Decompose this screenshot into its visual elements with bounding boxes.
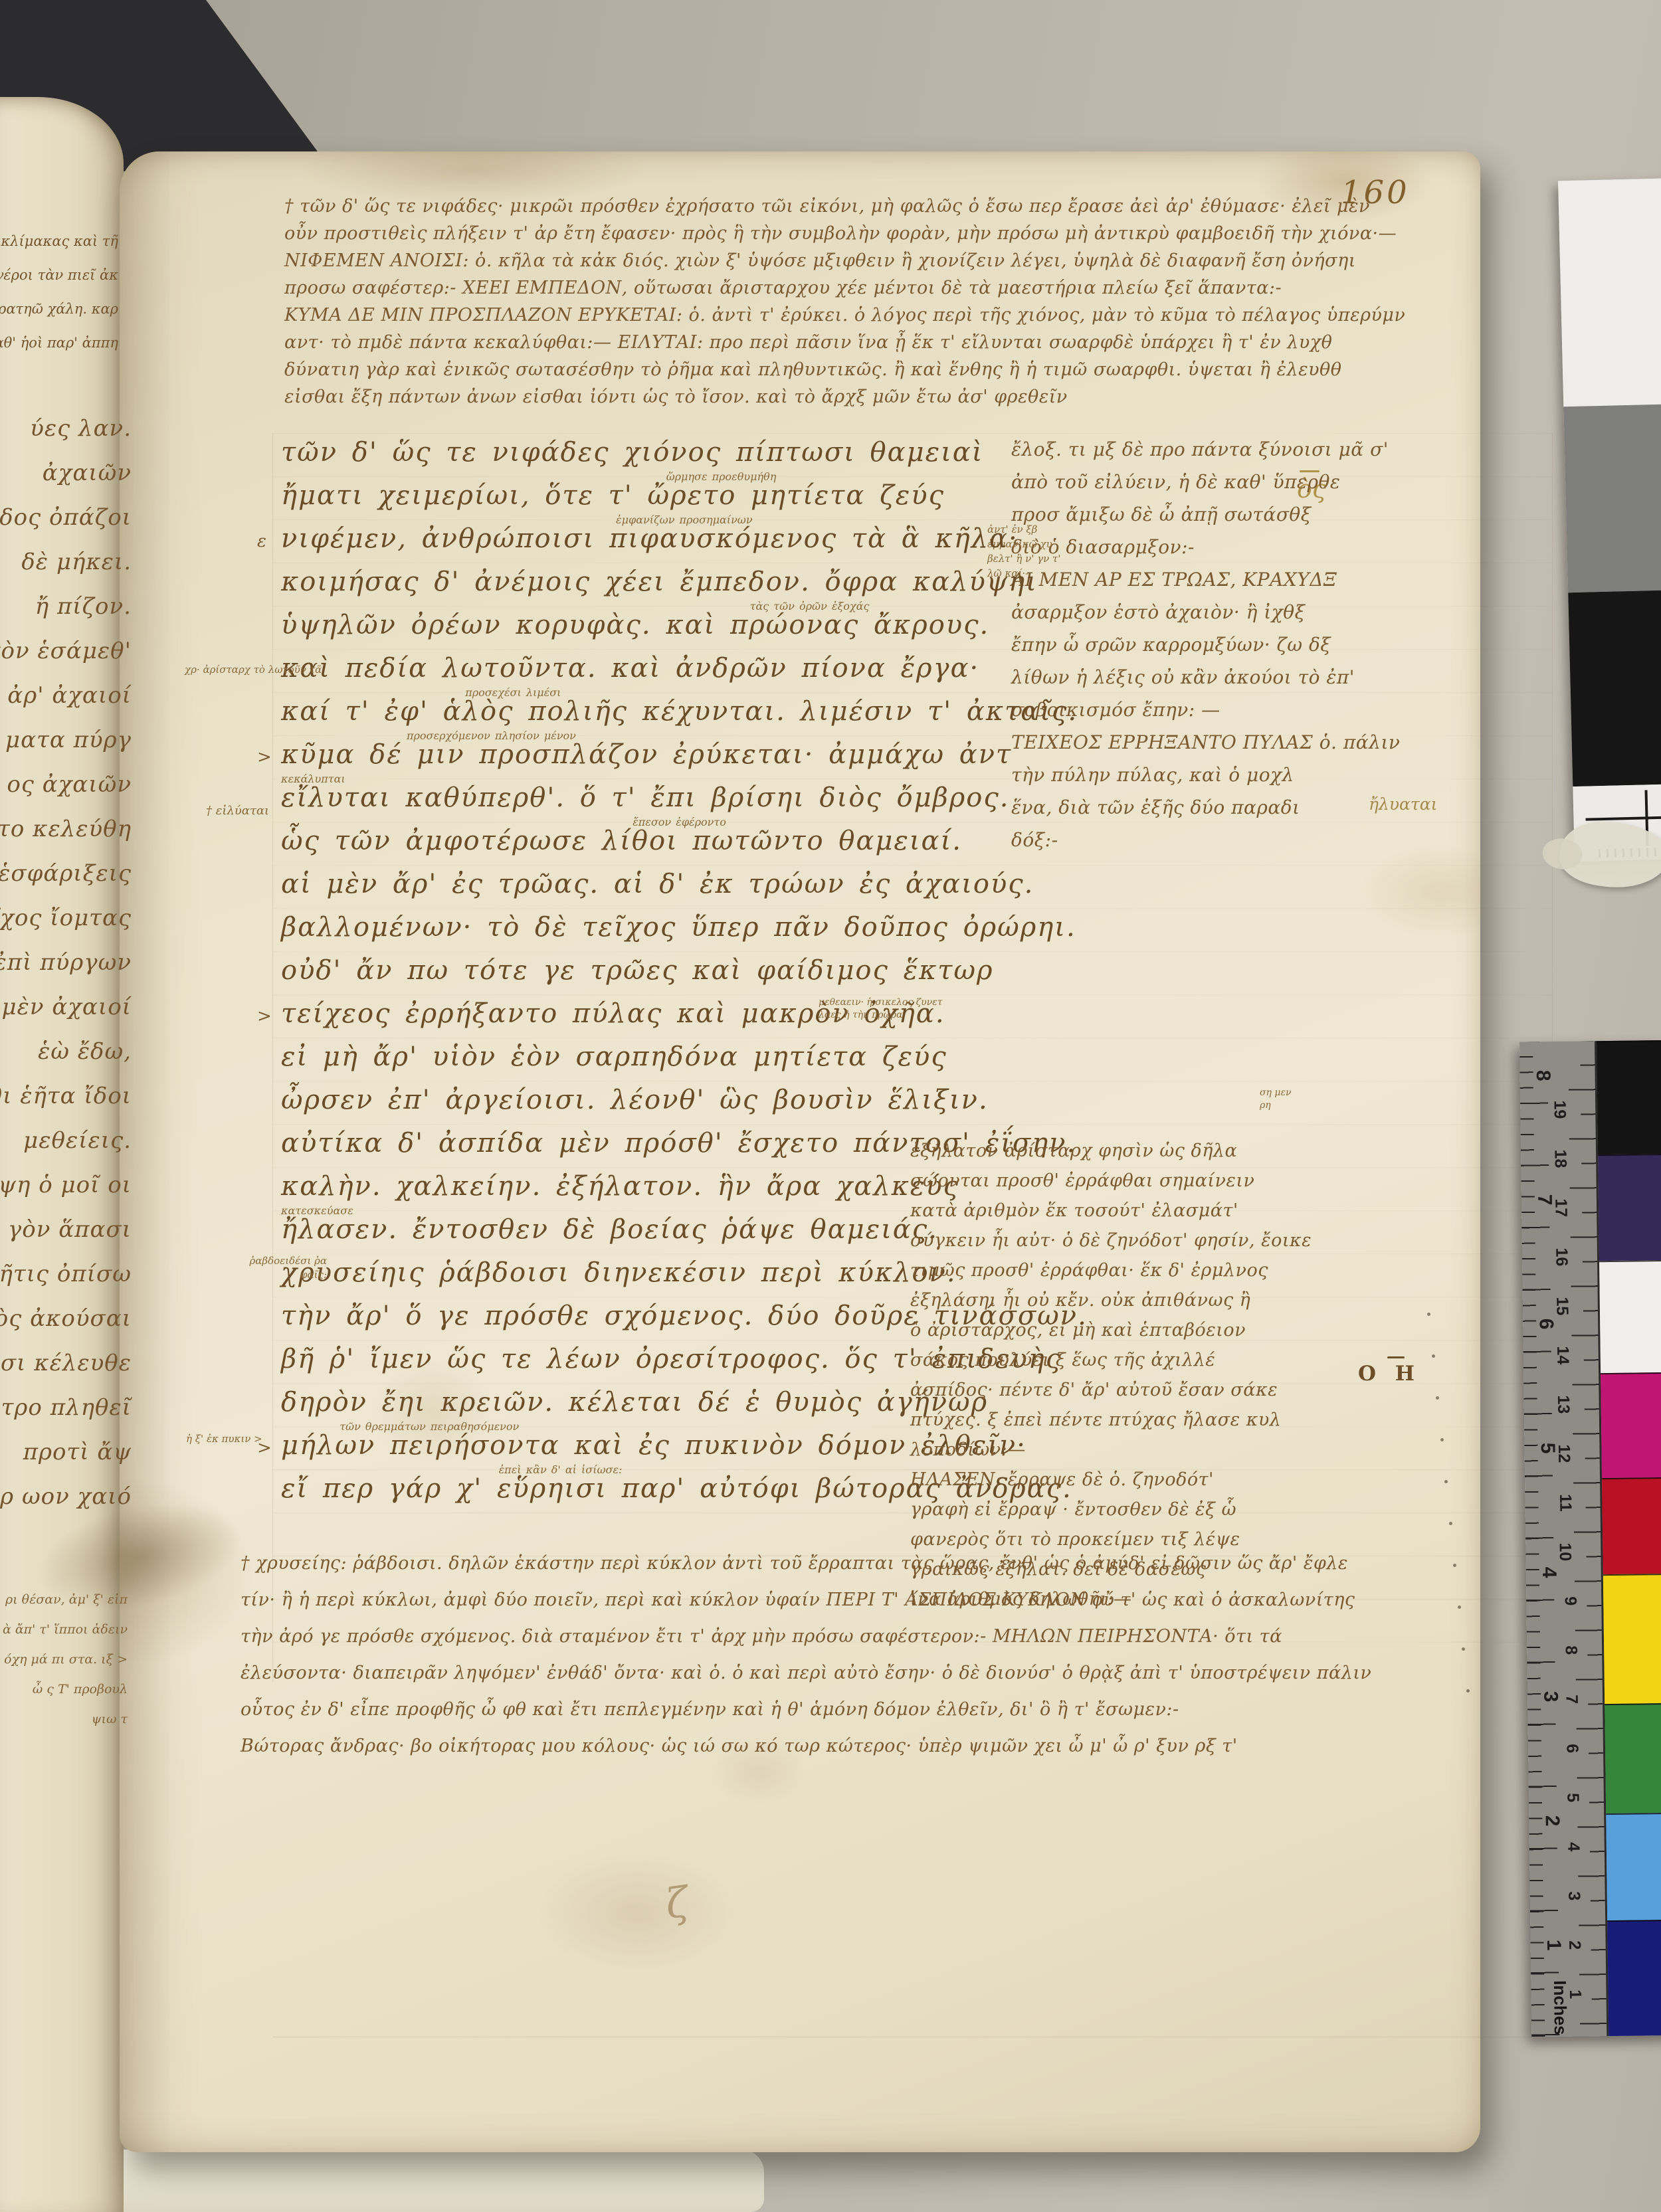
text-fragment: ὰ ἄπ' τ' ἵπποι ἀδειν xyxy=(0,1615,128,1645)
interlinear-side-note: μεθεαειν· ἡ σικελος ζυνετλαες ἢ τὴν πρῴρ… xyxy=(819,996,942,1022)
pricking-hole xyxy=(1432,1354,1435,1358)
tiny-note-line: μεθεαειν· ἡ σικελος ζυνετ xyxy=(819,996,942,1009)
verse-text: κοιμήσας δ' ἀνέμοις χέει ἔμπεδον. ὄφρα κ… xyxy=(281,567,1038,597)
verse-text: καὶ πεδία λωτοῦντα. καὶ ἀνδρῶν πίονα ἔργ… xyxy=(281,653,979,684)
crosshair-icon xyxy=(1586,816,1661,821)
text-fragment: ος ἀχαιῶν xyxy=(0,763,132,807)
facing-page-verse-fragments: ύες λαν.ἀχαιῶνκῦδος ὀπάζοιδὲ μήκει.ἤ πίζ… xyxy=(0,407,132,1519)
scholia-line: κατὰ ἀριθμὸν ἕκ τοσούτ' ἐλασμάτ' xyxy=(910,1196,1349,1226)
interlinear-gloss: προσερχόμενον πλησίον μένον xyxy=(407,729,576,742)
verse-text: χρυσείηις ῥάβδοισι διηνεκέσιν περὶ κύκλο… xyxy=(281,1257,957,1288)
text-fragment: ψιω τ xyxy=(0,1705,128,1734)
tiny-note-line: ρη xyxy=(1260,1099,1292,1112)
calibration-patch xyxy=(1563,404,1661,593)
ruler-number: 6 xyxy=(1534,1319,1557,1330)
verse-text: νιφέμεν, ἀνθρώποισι πιφαυσκόμενος τὰ ἃ κ… xyxy=(281,523,1019,554)
text-fragment: εἰ τὸ καθ' ἡοὶ παρ' ἀππη xyxy=(0,326,118,360)
grayscale-calibration-bar xyxy=(1558,178,1661,862)
verse-text: αἱ μὲν ἄρ' ἐς τρῶας. αἱ δ' ἐκ τρώων ἐς ἀ… xyxy=(281,869,1034,899)
text-fragment: αἴ κ' ματα πύργ xyxy=(0,718,132,763)
text-fragment: εῖ ἐπὶ πύργων xyxy=(0,941,132,985)
color-patch xyxy=(1606,1813,1661,1920)
main-text-line: βαλλομένων· τὸ δὲ τεῖχος ὕπερ πᾶν δοῦπος… xyxy=(281,912,1118,955)
semeiosai-note: ση μενρη xyxy=(1260,1087,1292,1112)
margin-letter-mark: Ο Η xyxy=(1358,1362,1420,1386)
text-fragment: ρι θέσαν, ἀμ' ξ' εἰπ xyxy=(0,1585,128,1615)
scholia-line: πτύχες. ξ ἐπεὶ πέντε πτύχας ἤλασε κυλ xyxy=(910,1405,1349,1435)
verse-text: καλὴν. χαλκείην. ἐξήλατον. ἣν ἄρα χαλκεύ… xyxy=(281,1171,959,1202)
pricking-hole xyxy=(1466,1689,1470,1693)
pricking-hole xyxy=(1458,1606,1461,1609)
color-patch xyxy=(1601,1372,1661,1479)
pricking-hole xyxy=(1453,1564,1456,1567)
text-fragment: ᾶς, ἀρ' ἀχαιοί xyxy=(0,674,132,718)
tiny-note-line: φαῖς: xyxy=(161,1268,327,1282)
ruler-number: 3 xyxy=(1539,1691,1561,1703)
pricking-hole xyxy=(1462,1647,1465,1651)
text-fragment: ἀντρο πληθεῖ xyxy=(0,1386,132,1430)
text-fragment: θι ἑῆτα ἴδοι xyxy=(0,1074,132,1119)
pricking-hole xyxy=(1436,1396,1439,1400)
scholia-line: ΗΛΑΣΕΝ: ἔρραψε δὲ ὁ. ζηνοδότ' xyxy=(910,1465,1349,1495)
mid-right-scholia-block: ἐξήλατον ἀρίσταρχ φησὶν ὡς δῆλασώονται π… xyxy=(910,1136,1349,1614)
ruler: 87654321 19181716151413121110987654321 I… xyxy=(1519,1041,1609,2037)
scholia-line: † χρυσείης: ῥάβδοισι. δηλῶν ἑκάστην περὶ… xyxy=(241,1545,1450,1582)
verse-text: ὧς τῶν ἀμφοτέρωσε λίθοι πωτῶντο θαμειαί. xyxy=(281,826,962,856)
main-text-line: οὐδ' ἄν πω τότε γε τρῶες καὶ φαίδιμος ἕκ… xyxy=(281,955,1118,998)
ruler-number: 7 xyxy=(1562,1695,1581,1704)
interlinear-gloss: ἐπεὶ κἂν δ' αἰ ἰσίωσε: xyxy=(499,1463,623,1476)
manuscript-photo-stage: κλίμακας καὶ τῆῶ γέροι τὰν πιεῖ ἀκν ἀτρα… xyxy=(0,0,1661,2212)
scholia-line: τὴν ἀρό γε πρόσθε σχόμενος. διὰ σταμένον… xyxy=(241,1618,1450,1655)
text-fragment: άψη ὁ μοῖ οι xyxy=(0,1163,132,1208)
verse-text: εἴλυται καθύπερθ'. ὅ τ' ἔπι βρίσηι διὸς … xyxy=(281,783,1009,813)
verse-text: ὦρσεν ἐπ' ἀργείοισι. λέονθ' ὣς βουσὶν ἕλ… xyxy=(281,1085,989,1115)
main-text-line: αἱ μὲν ἄρ' ἐς τρῶας. αἱ δ' ἐκ τρώων ἐς ἀ… xyxy=(281,869,1118,912)
interlinear-gloss: τὰς τῶν ὀρῶν ἐξοχάς xyxy=(750,600,870,612)
text-fragment: κλίμακας καὶ τῆ xyxy=(0,225,118,258)
pricking-hole xyxy=(1440,1438,1444,1441)
ruler-number: 3 xyxy=(1564,1891,1583,1900)
ruler-number: 14 xyxy=(1553,1346,1572,1364)
scholia-line: τιμῶς προσθ' ἐρράφθαι· ἕκ δ' ἐρμλνος xyxy=(910,1255,1349,1285)
ruler-number: 9 xyxy=(1561,1596,1580,1606)
interlinear-gloss: ὥρμησε προεθυμήθη xyxy=(666,470,777,483)
main-text-line: τὰς τῶν ὀρῶν ἐξοχάς ὑψηλῶν ὀρέων κορυφὰς… xyxy=(281,610,1118,653)
main-text-line: > τείχεος ἐρρήξαντο πύλας καὶ μακρὸν ὀχῆ… xyxy=(281,998,1118,1042)
ruler-number: 2 xyxy=(1541,1815,1563,1827)
scholia-line: εἰσθαι ἔξη πάντων ἀνων εἰσθαι ἰόντι ὡς τ… xyxy=(284,383,1414,411)
ruler-number: 12 xyxy=(1554,1444,1573,1463)
scholia-line: τίν· ἢ ἡ περὶ κύκλωι, ἀμφὶ δύο ποιεῖν, π… xyxy=(241,1582,1450,1618)
verse-text: ὑψηλῶν ὀρέων κορυφὰς. καὶ πρώονας ἄκρους… xyxy=(281,610,989,640)
ruling-line-bottom xyxy=(272,2037,1535,2037)
main-text-line: ὦρσεν ἐπ' ἀργείοισι. λέονθ' ὣς βουσὶν ἕλ… xyxy=(281,1085,1118,1128)
pricking-holes xyxy=(1427,1313,1480,1738)
verse-text: ἤματι χειμερίωι, ὅτε τ' ὤρετο μητίετα ζε… xyxy=(281,480,945,511)
scholia-line: σύγκειν ἧι αὐτ· ὁ δὲ ζηνόδοτ' φησίν, ἔοι… xyxy=(910,1226,1349,1255)
text-fragment: τεῖχος ἴομτας xyxy=(0,896,132,941)
verse-text: καί τ' ἐφ' ἁλὸς πολιῆς κέχυνται. λιμέσιν… xyxy=(281,696,1078,727)
text-fragment: ῶ γέροι τὰν πιεῖ ἀκ xyxy=(0,258,118,292)
facing-page-bottom-fragments: ρι θέσαν, ἀμ' ξ' εἰπὰ ἄπ' τ' ἵπποι ἀδειν… xyxy=(0,1585,128,1734)
calibration-patch xyxy=(1568,590,1661,786)
ruler-number: 15 xyxy=(1552,1297,1571,1315)
ruler-number: 4 xyxy=(1563,1842,1583,1851)
main-text-line: > προσερχόμενον πλησίον μένον κῦμα δέ μι… xyxy=(281,739,1118,783)
paragraphos-mark: > xyxy=(257,1006,273,1026)
scholia-line: αντ· τὸ πμδὲ πάντα κεκαλύφθαι:— ΕΙΛΥΤΑΙ:… xyxy=(284,329,1414,356)
text-fragment: ο μὲν ἀχαιοί xyxy=(0,985,132,1030)
ruler-number: 6 xyxy=(1562,1744,1581,1753)
ruler-number: 1 xyxy=(1542,1940,1565,1951)
text-fragment: ρι πὸν ἑσάμεθ' xyxy=(0,629,132,674)
aristarchus-marginal-note: χρ· ἀρίσταρχ τὸ λωτοῦν τᾶ xyxy=(185,663,322,677)
text-fragment: ύες λαν. xyxy=(0,407,132,451)
scholia-line: οὗτος ἐν δ' εἶπε προφθῆς ὦ φθ καὶ ἔτι πε… xyxy=(241,1691,1450,1728)
interlinear-gloss: τῶν θρεμμάτων πειραθησόμενον xyxy=(340,1420,519,1433)
text-fragment: κῦδος ὀπάζοι xyxy=(0,496,132,540)
scholia-line: ἐλεύσοντα· διαπειρᾶν ληψόμεν' ἐνθάδ' ὄντ… xyxy=(241,1655,1450,1691)
color-patch xyxy=(1602,1477,1661,1574)
scholia-line: ἀσπίδος· πέντε δ' ἄρ' αὐτοῦ ἔσαν σάκε xyxy=(910,1375,1349,1405)
scholia-line: λοποδίων:— xyxy=(910,1435,1349,1465)
ruler-number: 18 xyxy=(1551,1149,1570,1168)
ruler-unit-label: Inches xyxy=(1549,1980,1571,2035)
facing-page-scholia-fragments: κλίμακας καὶ τῆῶ γέροι τὰν πιεῖ ἀκν ἀτρα… xyxy=(0,225,118,360)
scholia-line: οὖν προστιθεὶς πλήξειν τ' ἀρ ἔτη ἔφασεν·… xyxy=(284,220,1414,247)
paragraphos-mark: ε xyxy=(257,531,268,551)
ruler-number: 5 xyxy=(1563,1793,1582,1802)
verse-text: δηρὸν ἔηι κρειῶν. κέλεται δέ ἑ θυμὸς ἀγή… xyxy=(281,1387,988,1418)
bottom-scholia-block: † χρυσείης: ῥάβδοισι. δηλῶν ἑκάστην περὶ… xyxy=(241,1545,1450,1764)
scholia-line: δύνατιη γὰρ καὶ ἑνικῶς σωτασέσθην τὸ ῥῆμ… xyxy=(284,356,1414,383)
text-fragment: ν ἀτρατηῶ χάλη. καρ xyxy=(0,292,118,326)
text-fragment: δὲ μήκει. xyxy=(0,540,132,585)
ruler-number: 16 xyxy=(1551,1247,1571,1266)
verse-text: τῶν δ' ὥς τε νιφάδες χιόνος πίπτωσι θαμε… xyxy=(281,437,983,468)
ruler-number: 10 xyxy=(1555,1542,1575,1561)
pykinon-marginal-note: ἡ ξ' ἐκ πυκιν > xyxy=(186,1432,262,1446)
grayscale-patches xyxy=(1558,178,1661,786)
text-fragment: ρ ωον χαιό xyxy=(0,1475,132,1519)
color-patch xyxy=(1597,1040,1661,1154)
scholia-line: ἐξηλάσηι ἧι οὐ κἔν. οὐκ ἀπιθάνως ἢ xyxy=(910,1285,1349,1315)
main-text-line: εἰ μὴ ἄρ' υἱὸν ἑὸν σαρπηδόνα μητίετα ζεύ… xyxy=(281,1042,1118,1085)
text-fragment: όχη μά πι στα. ιξ > xyxy=(0,1645,128,1675)
scholia-line: ΝΙΦΕΜΕΝ ΑΝΟΙΣΙ: ὁ. κῆλα τὰ κἀκ διός. χιὼ… xyxy=(284,247,1414,274)
paragraphos-mark: > xyxy=(257,747,273,767)
ruler-number: 11 xyxy=(1555,1494,1575,1512)
manuscript-page: 160 ὸς ἤλυαται Ο Η ζ † τῶν δ' ὥς τε νιφά… xyxy=(120,151,1480,2152)
ruler-number: 8 xyxy=(1561,1645,1581,1655)
main-text-line: ἔπεσον ἐφέροντο ὧς τῶν ἀμφοτέρωσε λίθοι … xyxy=(281,826,1118,869)
main-text-line: κοιμήσας δ' ἀνέμοις χέει ἔμπεδον. ὄφρα κ… xyxy=(281,567,1118,610)
text-fragment: ὅρ γὸν ἅπασι xyxy=(0,1208,132,1252)
text-fragment: οισι κέλευθε xyxy=(0,1341,132,1386)
color-patch xyxy=(1599,1260,1661,1373)
text-fragment: προτὶ ἄψ xyxy=(0,1430,132,1475)
scholia-line: ὁ ἀρίσταρχος, εἰ μὴ καὶ ἑπταβόειον xyxy=(910,1315,1349,1345)
calibration-patch xyxy=(1558,178,1661,407)
text-fragment: ἑὼ ἔδω, xyxy=(0,1030,132,1074)
text-fragment: μῆτις ὀπίσω xyxy=(0,1252,132,1297)
text-fragment: ο ντο κελεύθη xyxy=(0,807,132,852)
scholia-line: προσω σαφέστερ:- ΧΕΕΙ ΕΜΠΕΔΟΝ, οὕτωσαι ἄ… xyxy=(284,274,1414,302)
ruler-number: 2 xyxy=(1565,1940,1584,1950)
verse-text: ἤλασεν. ἔντοσθεν δὲ βοείας ῥάψε θαμειάς. xyxy=(281,1214,938,1245)
text-fragment: μεθείεις. xyxy=(0,1119,132,1163)
variant-marginal-note: † εἰλύαται xyxy=(206,804,269,818)
pricking-hole xyxy=(1427,1313,1430,1316)
scholia-line: σάκος πουλύει ξ ἕως τῆς ἀχιλλέ xyxy=(910,1345,1349,1375)
scholia-line: † τῶν δ' ὥς τε νιφάδες· μικρῶι πρόσθεν ἐ… xyxy=(284,193,1414,220)
main-text-line: καὶ πεδία λωτοῦντα. καὶ ἀνδρῶν πίονα ἔργ… xyxy=(281,653,1118,696)
ruler-number: 4 xyxy=(1537,1567,1560,1578)
pricking-hole xyxy=(1444,1480,1448,1483)
color-patch xyxy=(1605,1703,1661,1813)
main-text-line: ε ἐμφανίζων προσημαίνων νιφέμεν, ἀνθρώπο… xyxy=(281,523,1118,567)
scholia-line: ΚΥΜΑ ΔΕ ΜΙΝ ΠΡΟΣΠΛΑΖΟΝ ΕΡΥΚΕΤΑΙ: ὁ. ἀντὶ… xyxy=(284,302,1414,329)
scholia-line: ἐξήλατον ἀρίσταρχ φησὶν ὡς δῆλα xyxy=(910,1136,1349,1166)
rhabdo-marginal-note: ῥαβδοειδέσι ῥαφαῖς: xyxy=(161,1254,327,1282)
interlinear-gloss: κατεσκεύασε xyxy=(281,1204,353,1217)
tiny-note-line: ῥαβδοειδέσι ῥα xyxy=(161,1254,327,1268)
tiny-note-line: λαες ἢ τὴν πρῴρα xyxy=(819,1009,942,1022)
offset-ink-mark: ζ xyxy=(662,1877,691,1928)
text-fragment: δε ἑσφάριξεις xyxy=(0,852,132,896)
color-calibration-bar: 87654321 19181716151413121110987654321 I… xyxy=(1519,1040,1661,2037)
color-patch xyxy=(1607,1919,1661,2036)
scholia-line: Βώτορας ἄνδρας· βο οἰκήτορας μου κόλους·… xyxy=(241,1728,1450,1764)
ruler-number: 19 xyxy=(1550,1100,1569,1119)
tiny-note-line: ση μεν xyxy=(1260,1087,1292,1099)
text-fragment: ἀχαιῶν xyxy=(0,451,132,496)
color-patch xyxy=(1598,1154,1661,1261)
text-fragment: ὦ ς Τ' προβουλ xyxy=(0,1675,128,1705)
interlinear-gloss: κεκάλυπται xyxy=(281,773,345,785)
ruler-number: 17 xyxy=(1551,1198,1570,1217)
text-fragment: πρὸς ἀκούσαι xyxy=(0,1297,132,1341)
interlinear-gloss: ἔπεσον ἐφέροντο xyxy=(633,816,726,828)
ruler-number: 13 xyxy=(1553,1395,1573,1414)
pricking-hole xyxy=(1449,1522,1452,1525)
scholia-line: σώονται προσθ' ἐρράφθαι σημαίνειν xyxy=(910,1166,1349,1196)
color-patch xyxy=(1603,1574,1661,1704)
verse-text: οὐδ' ἄν πω τότε γε τρῶες καὶ φαίδιμος ἕκ… xyxy=(281,955,994,986)
text-fragment: ἤ πίζον. xyxy=(0,585,132,629)
top-scholia-block: † τῶν δ' ὥς τε νιφάδες· μικρῶι πρόσθεν ἐ… xyxy=(284,193,1414,411)
interlinear-gloss: προσεχέσι λιμέσι xyxy=(465,686,561,699)
interlinear-gloss: ἐμφανίζων προσημαίνων xyxy=(616,513,753,526)
verse-text: βαλλομένων· τὸ δὲ τεῖχος ὕπερ πᾶν δοῦπος… xyxy=(281,912,1076,943)
verse-text: εἰ μὴ ἄρ' υἱὸν ἑὸν σαρπηδόνα μητίετα ζεύ… xyxy=(281,1042,947,1072)
scholia-line: γραφὴ εἰ ἔρραψ · ἔντοσθεν δὲ ἐξ ὧ xyxy=(910,1495,1349,1524)
verse-text: κῦμα δέ μιν προσπλάζον ἐρύκεται· ἀμμάχω … xyxy=(281,739,1012,770)
ruler-number: 8 xyxy=(1531,1070,1554,1081)
